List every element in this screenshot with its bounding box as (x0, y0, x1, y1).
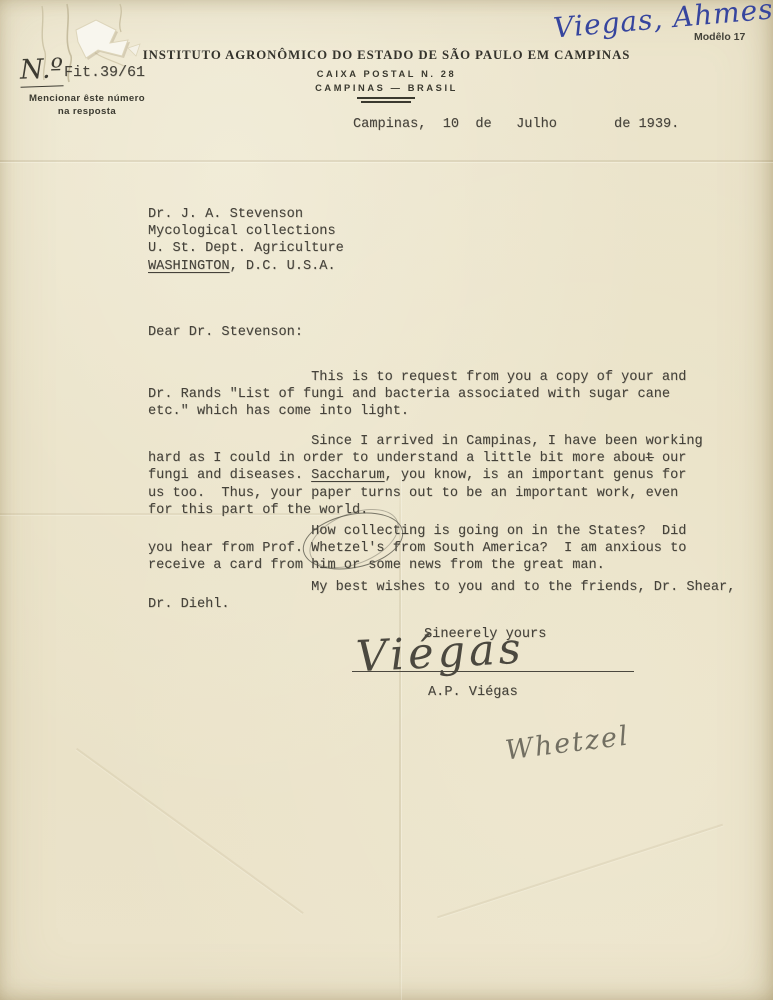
text-line: U. St. Dept. Agriculture (148, 240, 344, 257)
text-line: Dr. Rands "List of fungi and bacteria as… (148, 386, 686, 403)
whetzel-pencil-note: Whetzel (504, 721, 632, 767)
text-line: My best wishes to you and to the friends… (148, 579, 735, 596)
text-line: us too. Thus, your paper turns out to be… (148, 485, 703, 502)
text-line: for this part of the world. (148, 502, 703, 519)
horizontal-fold-crease (0, 160, 773, 162)
date-line: Campinas, 10 de Julho de 1939. (353, 116, 679, 133)
diagonal-crease-left (76, 748, 303, 914)
letterhead-institute: INSTITUTO AGRONÔMICO DO ESTADO DE SÃO PA… (0, 48, 773, 63)
reference-number: Fit.39/61 (64, 64, 145, 81)
paragraph-4: My best wishes to you and to the friends… (148, 579, 735, 613)
letterhead-rule-top (357, 97, 415, 99)
text-line: Dr. Diehl. (148, 596, 735, 613)
text-line: WASHINGTON, D.C. U.S.A. (148, 258, 344, 275)
text-line: hard as I could in order to understand a… (148, 450, 703, 467)
paragraph-2: Since I arrived in Campinas, I have been… (148, 433, 703, 519)
text-line: etc." which has come into light. (148, 403, 686, 420)
paragraph-1: This is to request from you a copy of yo… (148, 369, 686, 421)
scanned-letter: Viegas, Ahmes Modêlo 17 INSTITUTO AGRONÔ… (0, 0, 773, 1000)
paragraph-3: How collecting is going on in the States… (148, 523, 686, 575)
letterhead-city: CAMPINAS — BRASIL (0, 83, 773, 93)
text-line: Mycological collections (148, 223, 344, 240)
reference-note-line1: Mencionar êste número (18, 93, 156, 104)
salutation: Dear Dr. Stevenson: (148, 324, 303, 341)
reference-prefix: N.º (19, 53, 63, 87)
text-line: How collecting is going on in the States… (148, 523, 686, 540)
text-line: Since I arrived in Campinas, I have been… (148, 433, 703, 450)
letterhead-rule-bottom (361, 101, 411, 103)
recipient-address: Dr. J. A. StevensonMycological collectio… (148, 206, 344, 275)
diagonal-crease-right (437, 824, 723, 918)
text-line: you hear from Prof. Whetzel's from South… (148, 540, 686, 557)
handwritten-signature: Viégas (355, 624, 526, 683)
model-number-label: Modêlo 17 (694, 31, 745, 43)
text-line: fungi and diseases. Saccharum, you know,… (148, 467, 703, 484)
text-line: receive a card from him or some news fro… (148, 557, 686, 574)
typed-signature: A.P. Viégas (428, 684, 518, 701)
text-line: Dr. J. A. Stevenson (148, 206, 344, 223)
text-line: This is to request from you a copy of yo… (148, 369, 686, 386)
reference-note-line2: na resposta (18, 106, 156, 117)
